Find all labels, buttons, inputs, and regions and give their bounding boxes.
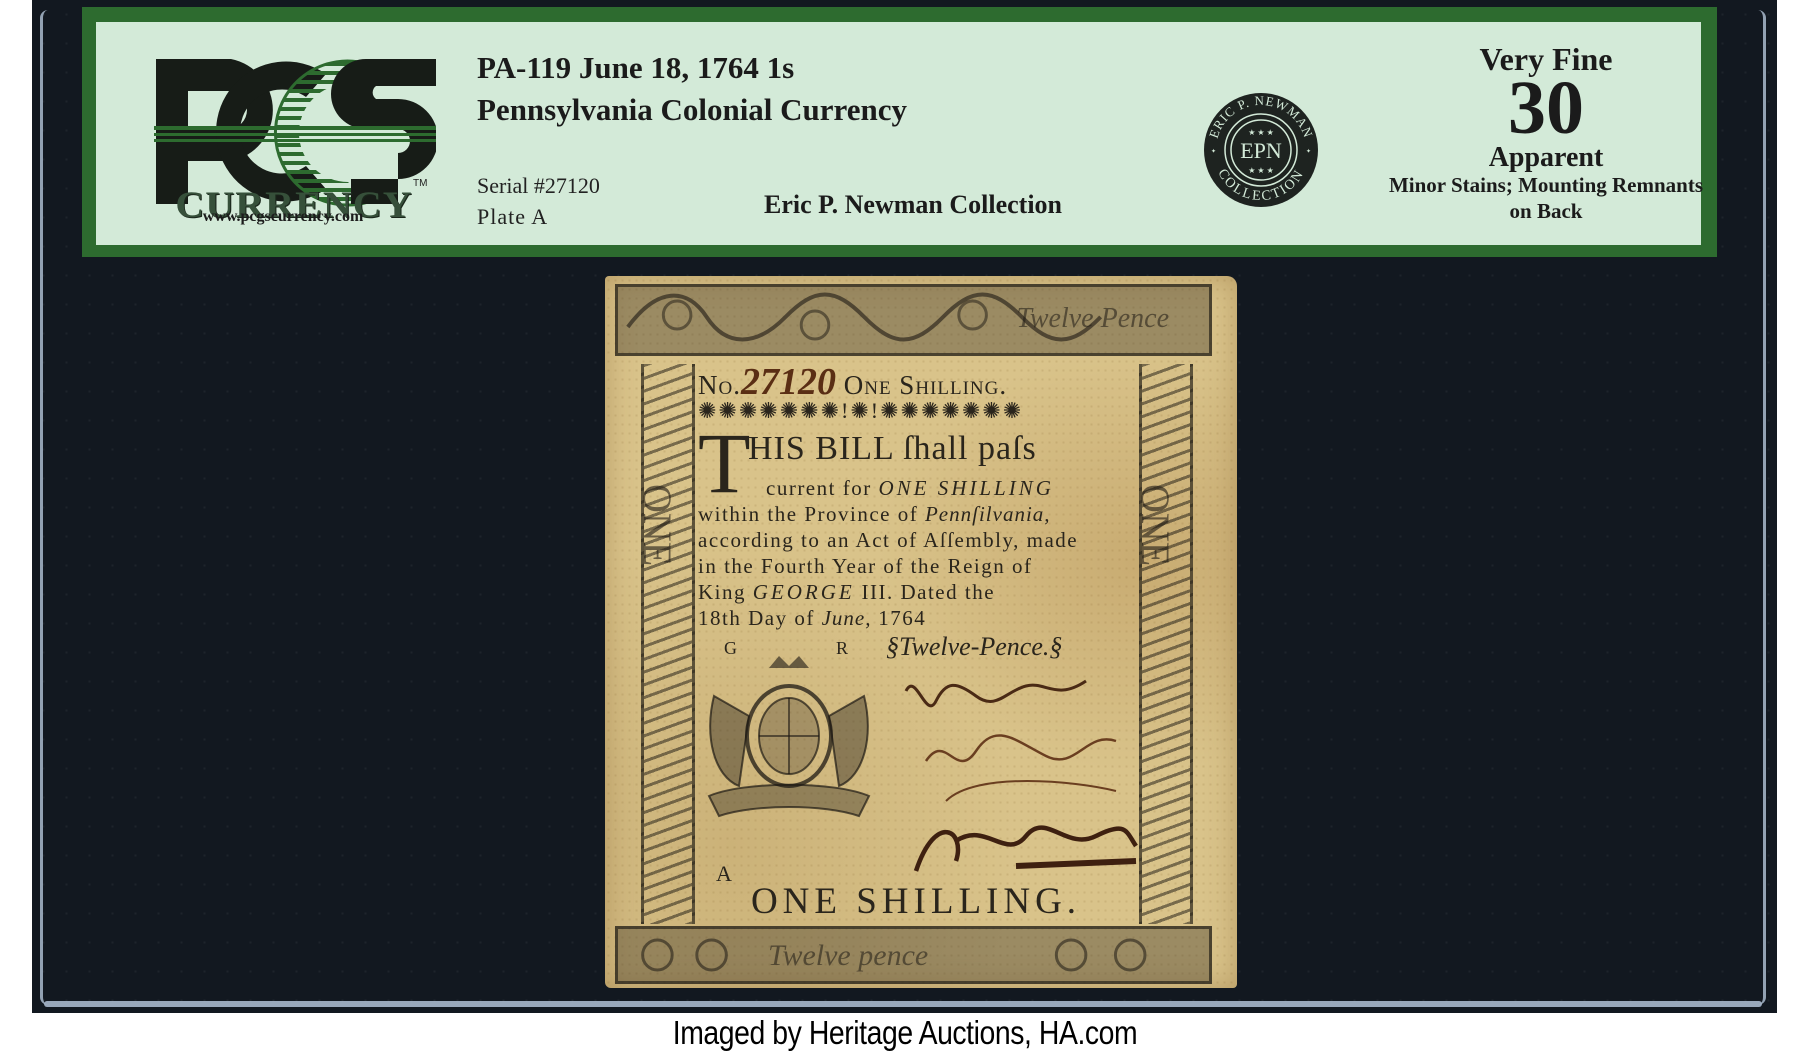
handwritten-signatures	[886, 661, 1146, 901]
bottom-denomination: ONE SHILLING.	[698, 880, 1134, 923]
grade-comments-continued: on Back	[1366, 198, 1726, 224]
text-line-4: in the Fourth Year of the Reign of	[698, 554, 1134, 579]
svg-text:✦: ✦	[1306, 148, 1311, 155]
text-line-1: current for ONE SHILLING	[766, 476, 1134, 501]
label-panel: TM CURRENCY www.pcgscurrency.com PA-119 …	[96, 22, 1701, 245]
grade-block: Very Fine 30 Apparent Minor Stains; Moun…	[1366, 42, 1726, 224]
twelve-pence-text: §Twelve-Pence.§	[886, 632, 1062, 662]
top-border-text: Twelve Pence	[1016, 303, 1169, 335]
epn-seal-icon: ERIC P. NEWMAN COLLECTION EPN ★ ★ ★ ★ ★ …	[1202, 91, 1320, 209]
holder-edge-left	[40, 10, 49, 1005]
text-line-3: according to an Act of Aſſembly, made	[698, 528, 1134, 553]
svg-text:✦: ✦	[1211, 148, 1216, 155]
bottom-border-text: Twelve pence	[768, 939, 928, 973]
denomination-header: One Shilling.	[844, 370, 1007, 400]
note-top-border: Twelve Pence	[615, 284, 1212, 356]
holder-edge-bottom	[44, 1001, 1762, 1007]
right-border-column: ONE	[1139, 364, 1193, 924]
text-line-5: King GEORGE III. Dated the	[698, 580, 1134, 605]
grade-comments: Minor Stains; Mounting Remnants	[1366, 172, 1726, 198]
note-subtitle: Pennsylvania Colonial Currency	[477, 92, 907, 128]
first-line: HIS BILL ſhall paſs	[748, 430, 1037, 468]
image-credit-caption: Imaged by Heritage Auctions, HA.com	[127, 1014, 1684, 1052]
collection-name: Eric P. Newman Collection	[764, 190, 1062, 220]
royal-coat-of-arms-icon	[694, 656, 884, 826]
pcgs-url: www.pcgscurrency.com	[168, 208, 398, 226]
text-line-6: 18th Day of June, 1764	[698, 606, 926, 631]
left-border-column: ONE	[641, 364, 695, 924]
grading-label: TM CURRENCY www.pcgscurrency.com PA-119 …	[82, 7, 1717, 257]
svg-text:★ ★ ★: ★ ★ ★	[1248, 128, 1274, 137]
grade-qualifier: Apparent	[1366, 144, 1726, 172]
serial-number: Serial #27120	[477, 173, 600, 199]
grade-number: 30	[1366, 78, 1726, 138]
left-column-text: ONE	[644, 484, 692, 566]
note-title: PA-119 June 18, 1764 1s	[477, 50, 794, 86]
text-line-2: within the Province of Pennſilvania,	[698, 502, 1134, 527]
holder-edge-right	[1757, 10, 1766, 1005]
handwritten-serial: 27120	[741, 361, 836, 403]
banknote: Twelve Pence ONE ONE No.27120 One Shilli…	[605, 276, 1237, 988]
svg-text:★ ★ ★: ★ ★ ★	[1248, 166, 1274, 175]
note-bottom-border: Twelve pence	[615, 926, 1212, 984]
right-column-text: ONE	[1142, 484, 1190, 566]
number-prefix: No.	[698, 370, 741, 400]
drop-cap: T	[698, 420, 751, 506]
svg-text:EPN: EPN	[1240, 138, 1282, 163]
plate-letter: Plate A	[477, 204, 548, 230]
